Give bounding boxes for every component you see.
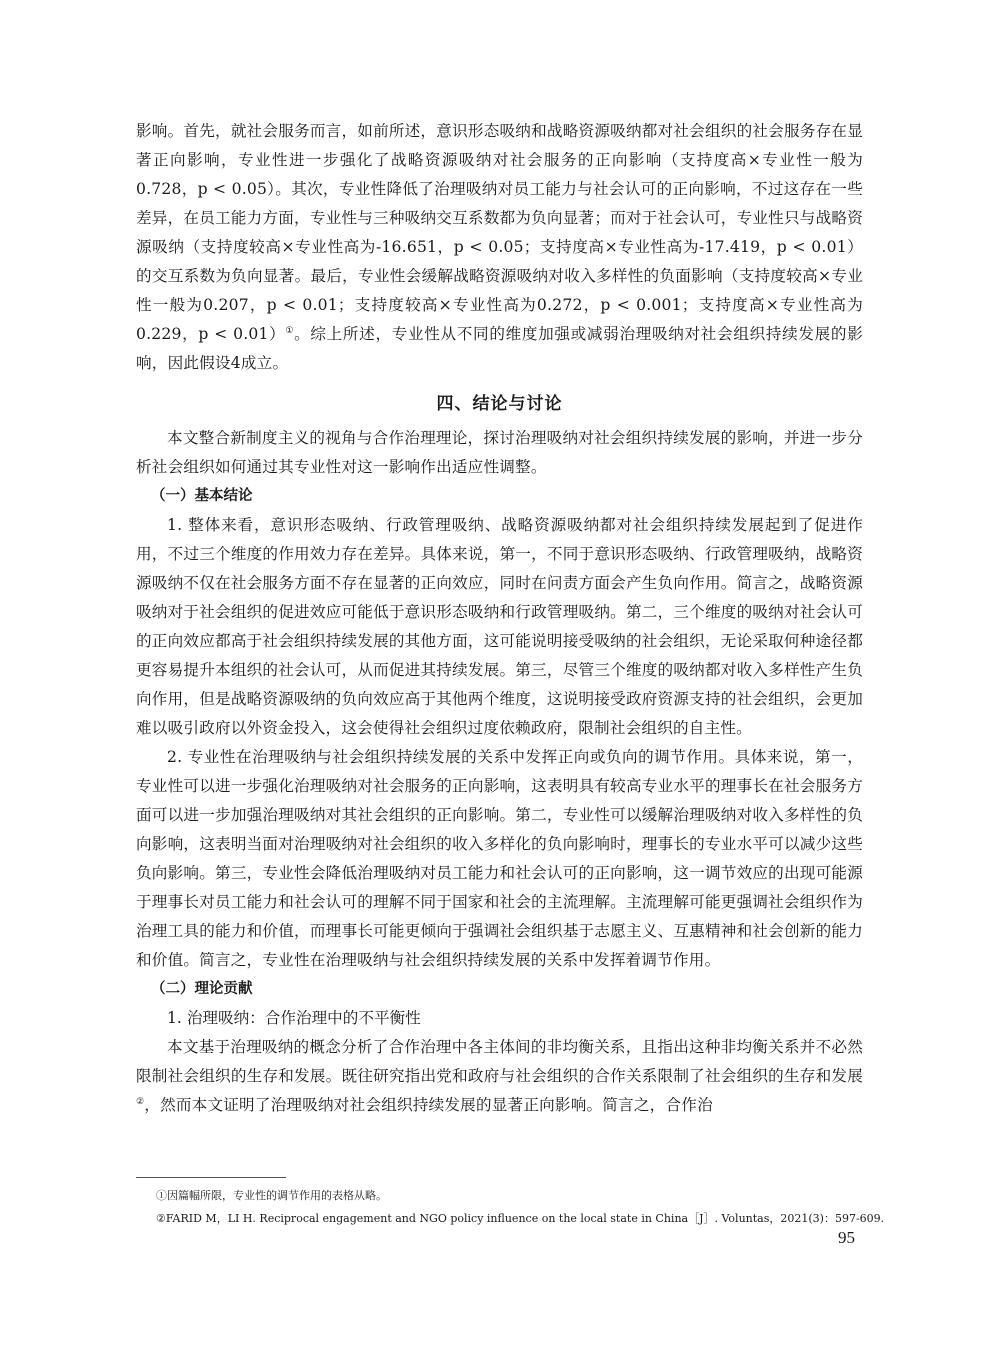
subsection-title-basic-conclusions: （一）基本结论 — [136, 482, 863, 511]
footnotes: ①因篇幅所限，专业性的调节作用的表格从略。 ②FARID M，LI H. Rec… — [156, 1184, 866, 1230]
paragraph-hypothesis-4-results: 影响。首先，就社会服务而言，如前所述，意识形态吸纳和战略资源吸纳都对社会组织的社… — [136, 117, 863, 378]
subsection-title-theoretical-contributions: （二）理论贡献 — [136, 975, 863, 1004]
paragraph-section-intro: 本文整合新制度主义的视角与合作治理理论，探讨治理吸纳对社会组织持续发展的影响，并… — [136, 424, 863, 482]
footnote-divider — [136, 1177, 286, 1178]
item-title-governance-absorption: 1. 治理吸纳：合作治理中的不平衡性 — [136, 1004, 863, 1033]
section-title: 四、结论与讨论 — [136, 390, 863, 419]
paragraph-conclusion-1: 1. 整体来看，意识形态吸纳、行政管理吸纳、战略资源吸纳都对社会组织持续发展起到… — [136, 511, 863, 743]
paragraph-text: 本文基于治理吸纳的概念分析了合作治理中各主体间的非均衡关系，且指出这种非均衡关系… — [136, 1038, 863, 1085]
paragraph-text: 影响。首先，就社会服务而言，如前所述，意识形态吸纳和战略资源吸纳都对社会组织的社… — [136, 122, 863, 343]
page-number: 95 — [838, 1228, 855, 1248]
footnote-ref-1[interactable]: ① — [285, 326, 294, 336]
paragraph-theory-1: 本文基于治理吸纳的概念分析了合作治理中各主体间的非均衡关系，且指出这种非均衡关系… — [136, 1033, 863, 1120]
footnote-1: ①因篇幅所限，专业性的调节作用的表格从略。 — [156, 1184, 866, 1207]
footnote-2: ②FARID M，LI H. Reciprocal engagement and… — [156, 1207, 866, 1230]
paragraph-text-end: ，然而本文证明了治理吸纳对社会组织持续发展的显著正向影响。简言之，合作治 — [144, 1096, 713, 1114]
page-body: 影响。首先，就社会服务而言，如前所述，意识形态吸纳和战略资源吸纳都对社会组织的社… — [136, 117, 863, 1120]
paragraph-conclusion-2: 2. 专业性在治理吸纳与社会组织持续发展的关系中发挥正向或负向的调节作用。具体来… — [136, 743, 863, 975]
